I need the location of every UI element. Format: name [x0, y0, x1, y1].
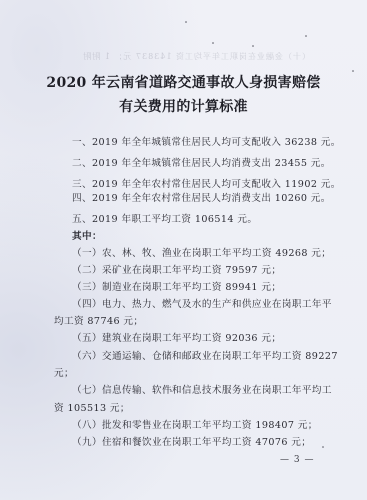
- bleed-through-text: （十）金融业在岗职工年平均工资 143837 元； 1 附附: [50, 51, 310, 62]
- sub-item-1: （一）农、林、牧、渔业在岗职工年平均工资 49268 元；: [72, 245, 331, 259]
- scan-speck: [352, 70, 354, 72]
- sub-item-4-line-2: 均工资 87746 元；: [54, 313, 143, 327]
- scan-speck: [170, 390, 172, 392]
- sub-item-7-line-2: 资 105513 元；: [54, 400, 130, 414]
- sub-item-2: （二）采矿业在岗职工年平均工资 79597 元；: [72, 262, 281, 276]
- subheading: 其中：: [72, 228, 102, 242]
- item-1: 一、2019 年全年城镇常住居民人均可支配收入 36238 元。: [72, 134, 341, 148]
- scanned-page: （十）金融业在岗职工年平均工资 143837 元； 1 附附 2020 年云南省…: [0, 0, 367, 500]
- sub-item-6-line-2: 元；: [54, 365, 74, 379]
- item-2: 二、2019 年全年城镇常住居民人均消费支出 23455 元。: [72, 155, 331, 169]
- sub-item-4-line-1: （四）电力、热力、燃气及水的生产和供应业在岗职工年平: [72, 296, 332, 310]
- sub-item-5: （五）建筑业在岗职工年平均工资 92036 元；: [72, 330, 281, 344]
- scan-speck: [305, 35, 307, 37]
- sub-item-8: （八）批发和零售业在岗职工年平均工资 198407 元；: [72, 417, 318, 431]
- sub-item-3: （三）制造业在岗职工年平均工资 89941 元；: [72, 279, 281, 293]
- page-number: — 3 —: [280, 455, 314, 465]
- scan-speck: [185, 21, 187, 23]
- item-3: 三、2019 年全年农村常住居民人均可支配收入 11902 元。: [72, 176, 341, 190]
- scan-speck: [252, 45, 254, 47]
- item-4: 四、2019 年全年农村常住居民人均消费支出 10260 元。: [72, 190, 331, 204]
- scan-speck: [322, 446, 324, 448]
- sub-item-7-line-1: （七）信息传输、软件和信息技术服务业在岗职工年平均工: [72, 382, 332, 396]
- item-5: 五、2019 年职工平均工资 106514 元。: [72, 211, 257, 225]
- scan-speck: [212, 42, 214, 44]
- document-title-line-2: 有关费用的计算标准: [0, 96, 367, 116]
- sub-item-6-line-1: （六）交通运输、仓储和邮政业在岗职工年平均工资 89227: [72, 348, 338, 362]
- document-title-line-1: 2020 年云南省道路交通事故人身损害赔偿: [0, 72, 367, 92]
- sub-item-9: （九）住宿和餐饮业在岗职工年平均工资 47076 元；: [72, 434, 311, 448]
